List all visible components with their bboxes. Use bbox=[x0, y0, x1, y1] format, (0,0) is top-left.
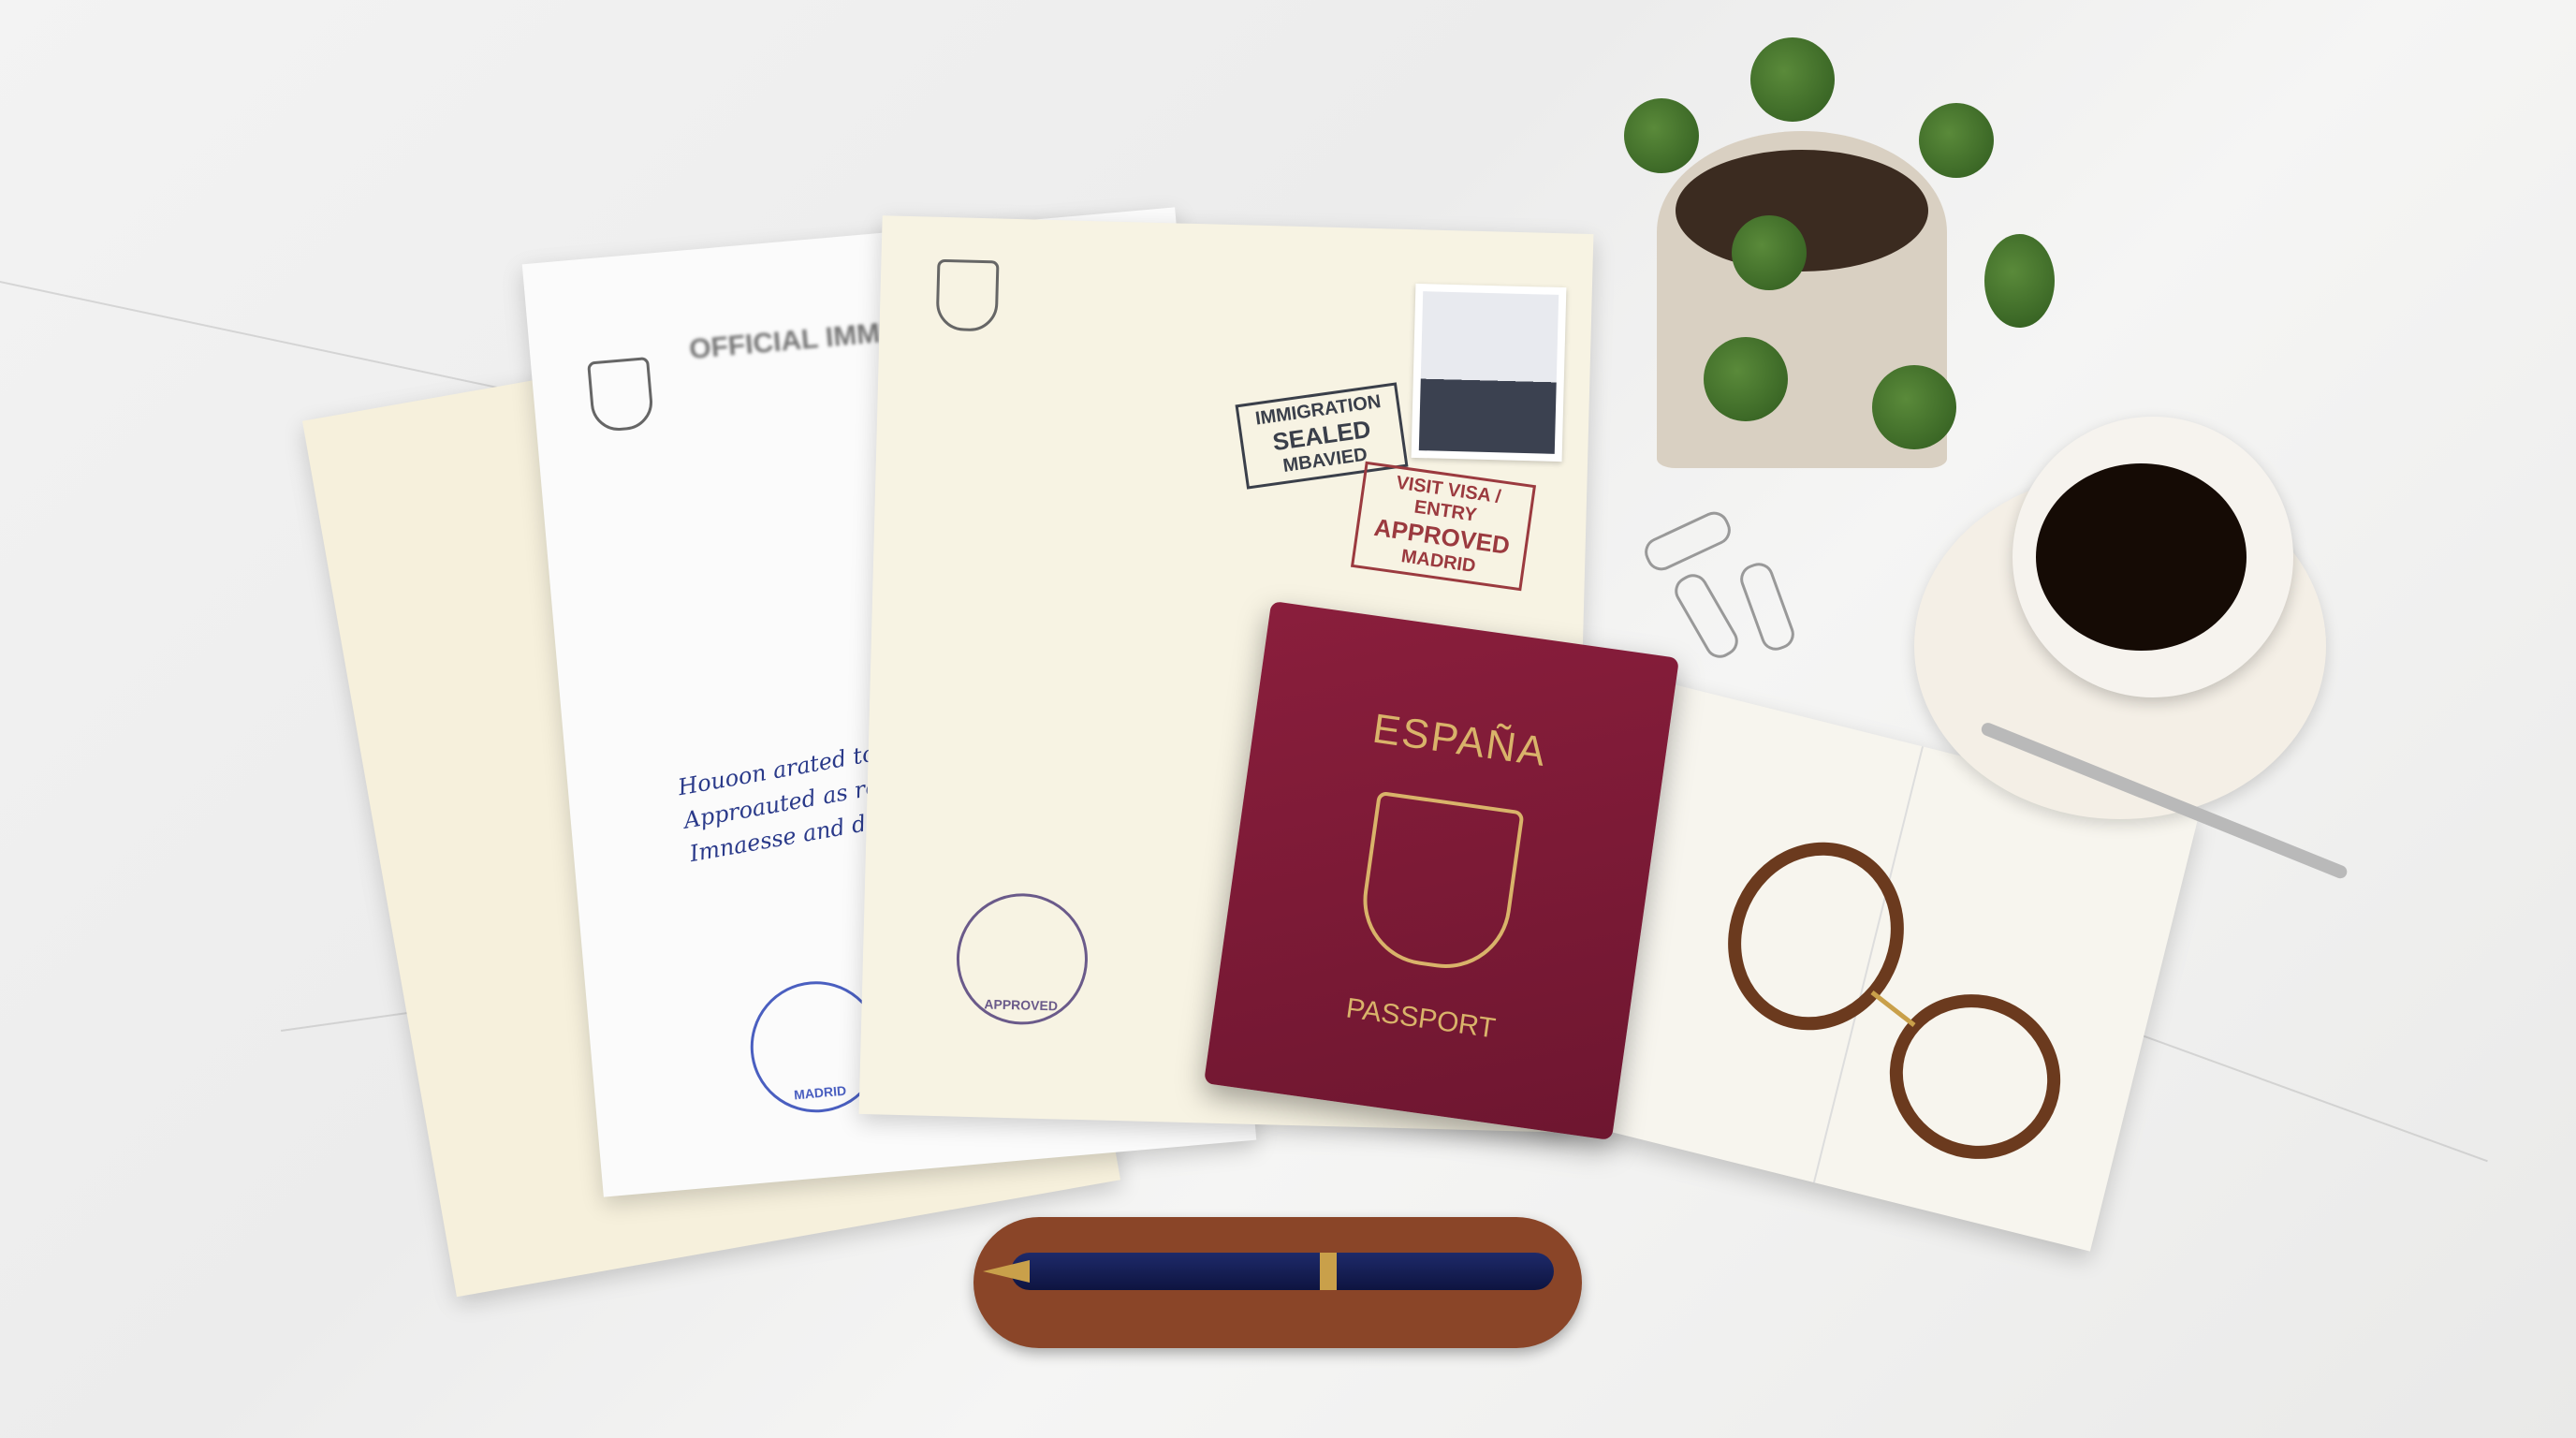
leaf bbox=[1732, 215, 1807, 290]
fountain-pen bbox=[1011, 1253, 1554, 1290]
coat-of-arms-icon bbox=[936, 259, 1000, 332]
approved-round-stamp: APPROVED bbox=[955, 892, 1090, 1027]
coffee bbox=[2036, 463, 2247, 651]
spanish-passport: ESPAÑA PASSPORT bbox=[1204, 601, 1679, 1140]
paperclip-icon bbox=[1736, 559, 1799, 655]
id-photo bbox=[1412, 284, 1567, 462]
leaf bbox=[1984, 234, 2055, 328]
leaf bbox=[1919, 103, 1994, 178]
leaf bbox=[1704, 337, 1788, 421]
leaf bbox=[1750, 37, 1835, 122]
passport-country: ESPAÑA bbox=[1252, 689, 1667, 793]
coat-of-arms-icon bbox=[1354, 791, 1524, 976]
leaf bbox=[1624, 98, 1699, 173]
paperclip-icon bbox=[1669, 568, 1743, 663]
passport-label: PASSPORT bbox=[1215, 975, 1627, 1064]
paperclip-icon bbox=[1640, 506, 1735, 575]
leaf bbox=[1872, 365, 1956, 449]
coat-of-arms-icon bbox=[587, 357, 654, 433]
eyeglasses-icon bbox=[1713, 824, 2087, 1161]
